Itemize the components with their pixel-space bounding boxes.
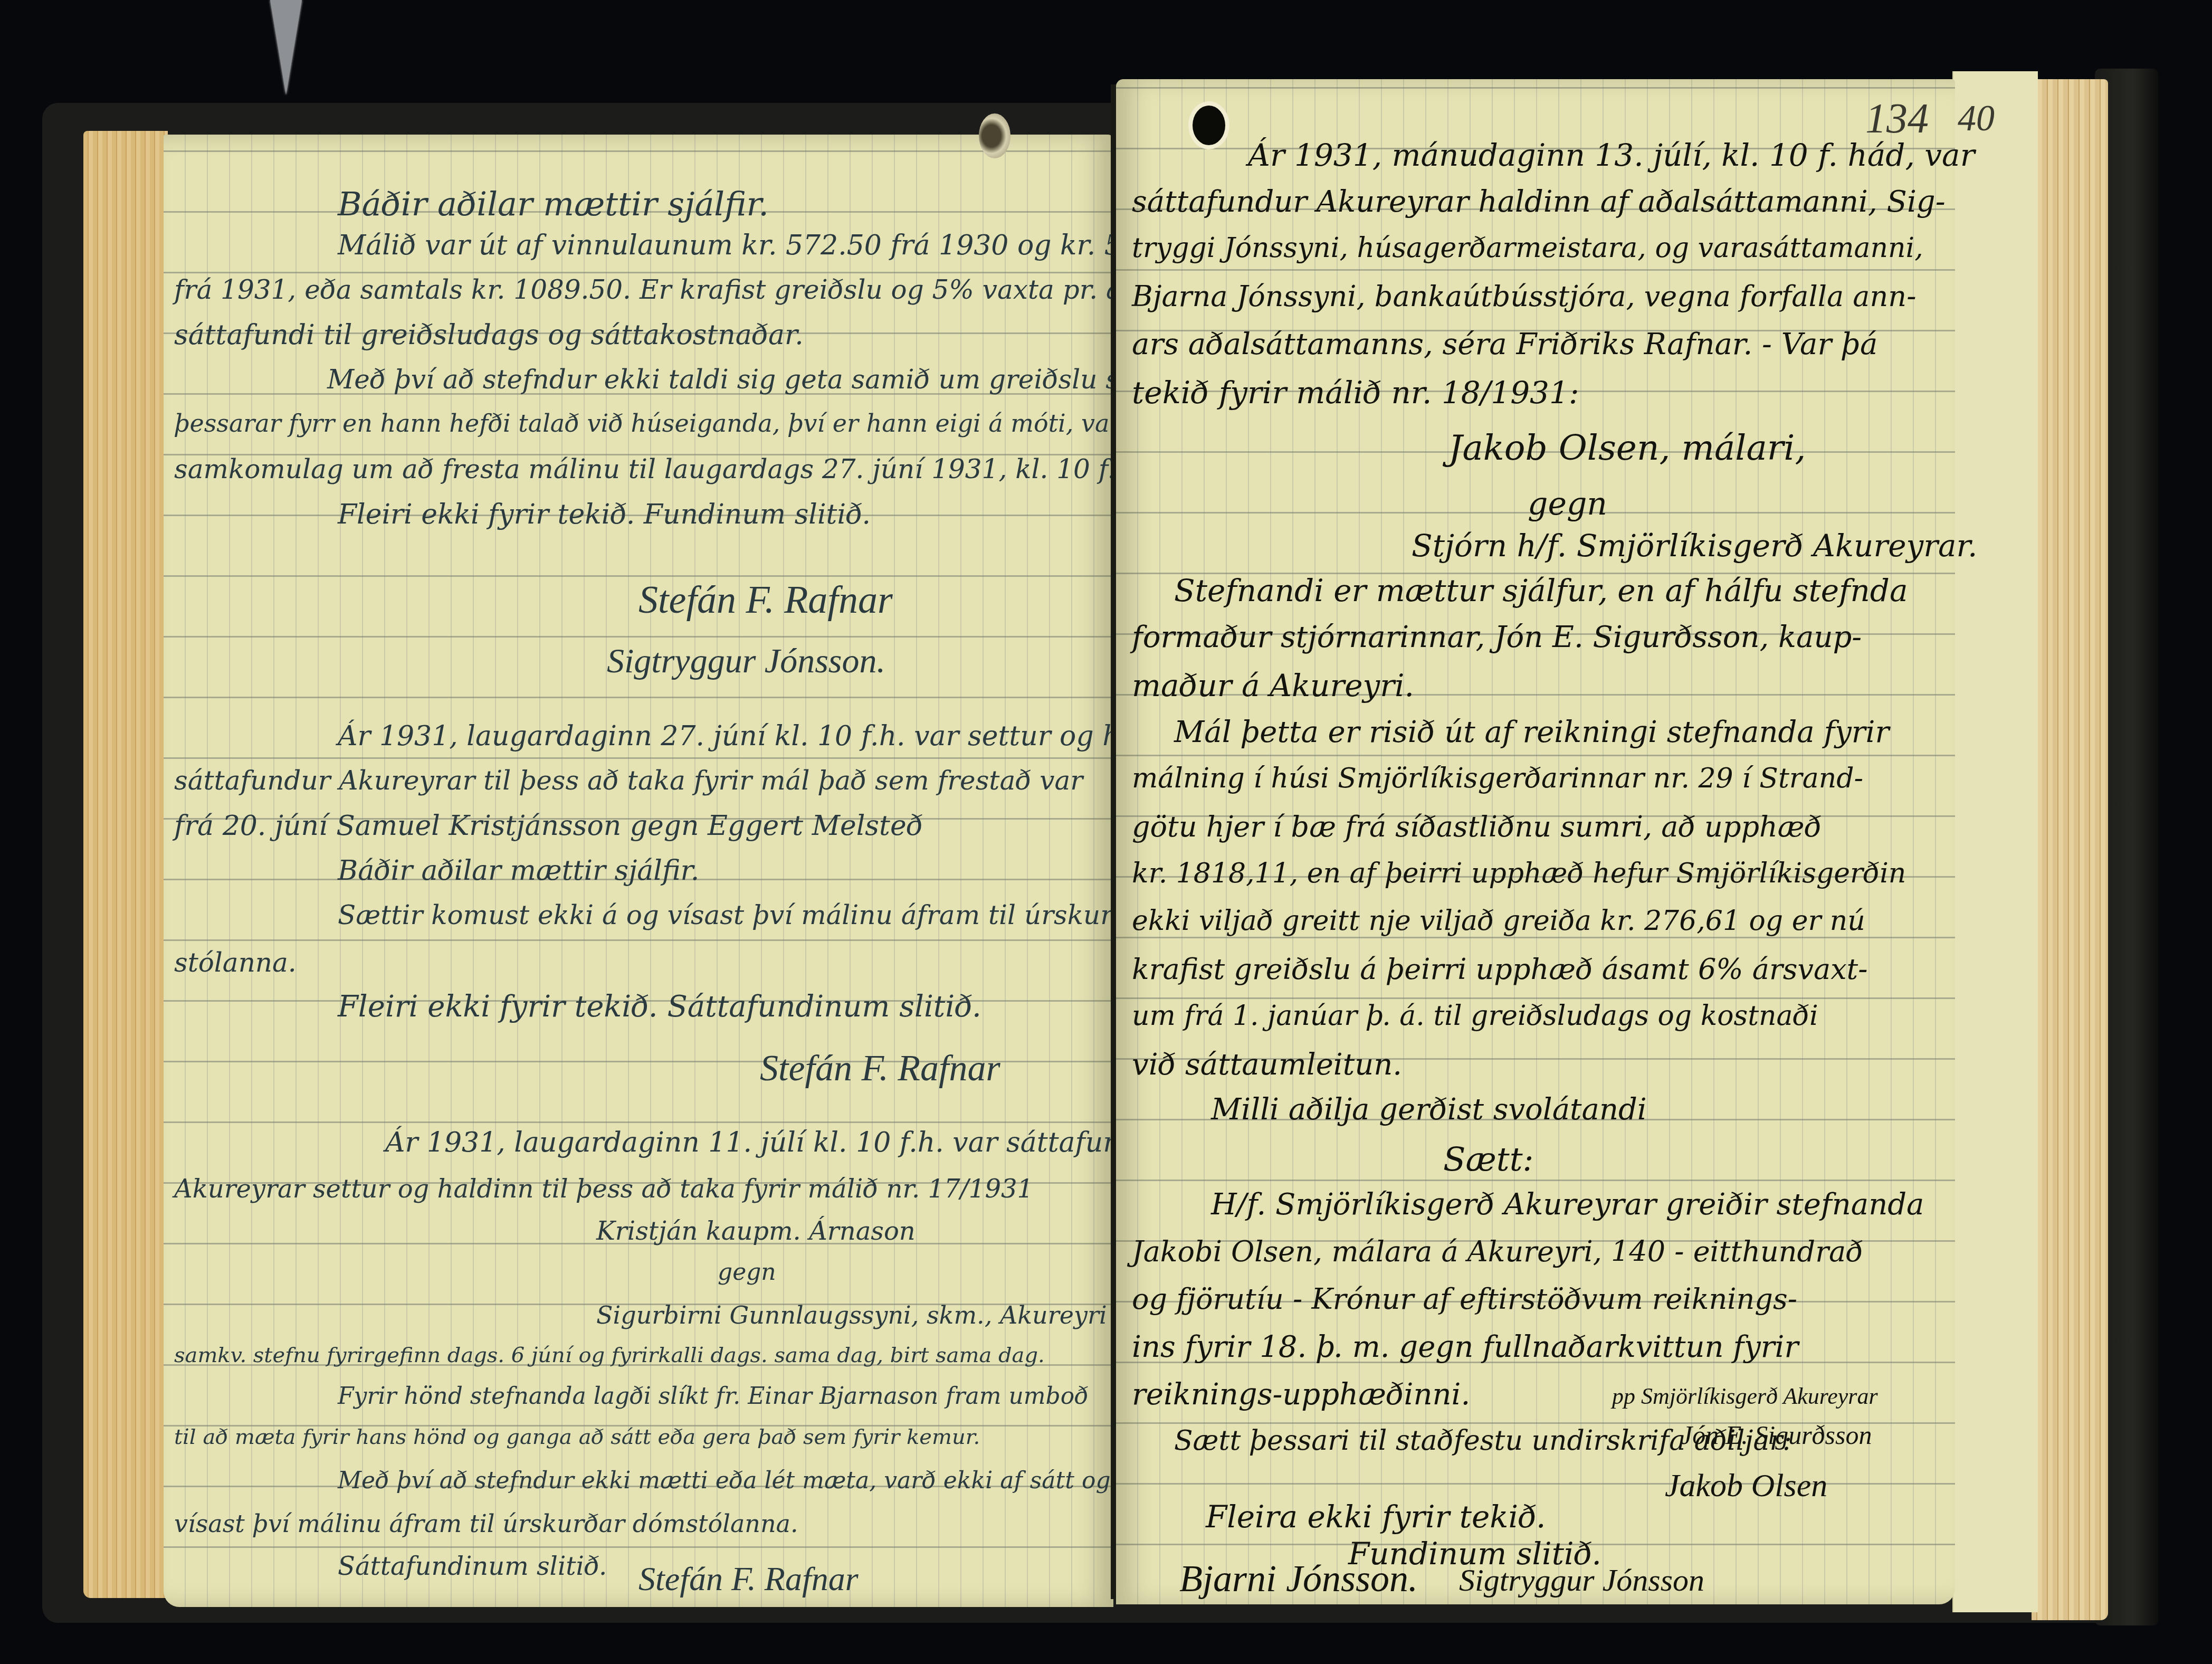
- text-line: Ár 1931, mánudaginn 13. júlí, kl. 10 f. …: [1248, 137, 1975, 173]
- signature: Jakob Olsen: [1665, 1467, 1827, 1505]
- text-line: frá 20. júní Samuel Kristjánsson gegn Eg…: [174, 810, 923, 842]
- text-line: Fleiri ekki fyrir tekið. Fundinum slitið…: [338, 499, 871, 530]
- text-line: reiknings-upphæðinni.: [1132, 1377, 1470, 1412]
- text-line: Fleira ekki fyrir tekið.: [1206, 1499, 1546, 1535]
- text-line: samkomulag um að fresta málinu til lauga…: [174, 454, 1141, 484]
- text-line: sáttafundur Akureyrar haldinn af aðalsát…: [1132, 185, 1946, 219]
- next-page-number: 40: [1958, 98, 1995, 140]
- text-line: við sáttaumleitun.: [1132, 1048, 1402, 1082]
- text-line: Sættir komust ekki á og vísast því málin…: [338, 900, 1232, 930]
- text-line: Fleiri ekki fyrir tekið. Sáttafundinum s…: [338, 990, 981, 1024]
- text-line: Með því að stefndur ekki mætti eða lét m…: [338, 1467, 1111, 1494]
- text-line: Bjarna Jónssyni, bankaútbússtjóra, vegna…: [1132, 280, 1916, 313]
- punch-hole-right: [1193, 106, 1225, 145]
- text-line: formaður stjórnarinnar, Jón E. Sigurðsso…: [1132, 620, 1862, 654]
- text-line: kr. 1818,11, en af þeirri upphæð hefur S…: [1132, 858, 1906, 889]
- text-line: tryggi Jónssyni, húsagerðarmeistara, og …: [1132, 232, 1923, 264]
- text-line: til að mæta fyrir hans hönd og ganga að …: [174, 1425, 980, 1449]
- page-number: 134: [1865, 95, 1929, 143]
- text-line: Akureyrar settur og haldinn til þess að …: [174, 1174, 1033, 1204]
- signature: Stefán F. Rafnar: [638, 578, 893, 623]
- text-line: götu hjer í bæ frá síðastliðnu sumri, að…: [1132, 810, 1822, 843]
- text-line: þessarar fyrr en hann hefði talað við hú…: [174, 409, 1136, 438]
- text-line: vísast því málinu áfram til úrskurðar dó…: [174, 1509, 798, 1538]
- left-page: Báðir aðilar mættir sjálfir. Málið var ú…: [164, 135, 1113, 1607]
- text-line: Milli aðilja gerðist svolátandi: [1211, 1092, 1647, 1127]
- punch-hole-left: [979, 113, 1010, 158]
- page-stack-right: [2032, 79, 2108, 1620]
- page-stack-left: [83, 131, 168, 1598]
- text-line: ekki viljað greitt nje viljað greiða kr.…: [1132, 905, 1865, 937]
- text-line: Ár 1931, laugardaginn 27. júní kl. 10 f.…: [338, 720, 1207, 752]
- text-line: Jakobi Olsen, málara á Akureyri, 140 - e…: [1132, 1235, 1863, 1268]
- text-line: sáttafundi til greiðsludags og sáttakost…: [174, 319, 804, 351]
- metal-clip-icon: [270, 0, 302, 95]
- right-page: 134 Ár 1931, mánudaginn 13. júlí, kl. 10…: [1116, 79, 1955, 1604]
- text-line: Stefnandi er mættur sjálfur, en af hálfu…: [1174, 573, 1908, 608]
- signature: Stefán F. Rafnar: [638, 1560, 859, 1599]
- text-line: sáttafundur Akureyrar til þess að taka f…: [174, 765, 1083, 796]
- signature: Sigtryggur Jónsson.: [607, 641, 885, 681]
- text-line: Mál þetta er risið út af reikningi stefn…: [1174, 715, 1889, 749]
- text-line: tekið fyrir málið nr. 18/1931:: [1132, 375, 1579, 411]
- text-line: H/f. Smjörlíkisgerð Akureyrar greiðir st…: [1211, 1187, 1924, 1222]
- text-line: Kristján kaupm. Árnason: [596, 1216, 916, 1246]
- signature: Jón E. Sigurðsson: [1681, 1420, 1872, 1450]
- text-line: málning í húsi Smjörlíkisgerðarinnar nr.…: [1132, 763, 1863, 794]
- text-line: Fyrir hönd stefnanda lagði slíkt fr. Ein…: [338, 1383, 1089, 1410]
- underlying-page-right: 40: [1952, 71, 2038, 1612]
- text-line: Málið var út af vinnulaunum kr. 572.50 f…: [338, 230, 1200, 261]
- defendant-name: Stjórn h/f. Smjörlíkisgerð Akureyrar.: [1412, 528, 1977, 564]
- text-line: Báðir aðilar mættir sjálfir.: [338, 855, 699, 887]
- text-line: samkv. stefnu fyrirgefinn dags. 6 júní o…: [174, 1343, 1045, 1367]
- text-line: og fjörutíu - Krónur af eftirstöðvum rei…: [1132, 1282, 1797, 1316]
- signature: pp Smjörlíkisgerð Akureyrar: [1612, 1383, 1878, 1410]
- text-line: krafist greiðslu á þeirri upphæð ásamt 6…: [1132, 953, 1868, 986]
- settlement-heading: Sætt:: [1443, 1140, 1533, 1178]
- signature: Stefán F. Rafnar: [760, 1048, 1000, 1090]
- signature: Sigtryggur Jónsson: [1459, 1562, 1704, 1599]
- text-line: ars aðalsáttamanns, séra Friðriks Rafnar…: [1132, 327, 1877, 362]
- text-line: maður á Akureyri.: [1132, 668, 1414, 703]
- signature: Bjarni Jónsson.: [1179, 1557, 1418, 1601]
- text-line: Sáttafundinum slitið.: [338, 1552, 607, 1581]
- text-line: stólanna.: [174, 947, 297, 978]
- plaintiff-name: Jakob Olsen, málari,: [1448, 427, 1806, 468]
- text-line: Sigurbirni Gunnlaugssyni, skm., Akureyri: [596, 1301, 1107, 1329]
- text-line: ins fyrir 18. þ. m. gegn fullnaðarkvittu…: [1132, 1330, 1798, 1364]
- versus-label: gegn: [1528, 486, 1607, 522]
- text-line: Báðir aðilar mættir sjálfir.: [338, 185, 769, 223]
- text-line: gegn: [718, 1259, 776, 1286]
- text-line: Ár 1931, laugardaginn 11. júlí kl. 10 f.…: [385, 1127, 1169, 1158]
- text-line: Með því að stefndur ekki taldi sig geta …: [327, 364, 1206, 395]
- text-line: frá 1931, eða samtals kr. 1089.50. Er kr…: [174, 274, 1177, 305]
- text-line: um frá 1. janúar þ. á. til greiðsludags …: [1132, 1000, 1818, 1032]
